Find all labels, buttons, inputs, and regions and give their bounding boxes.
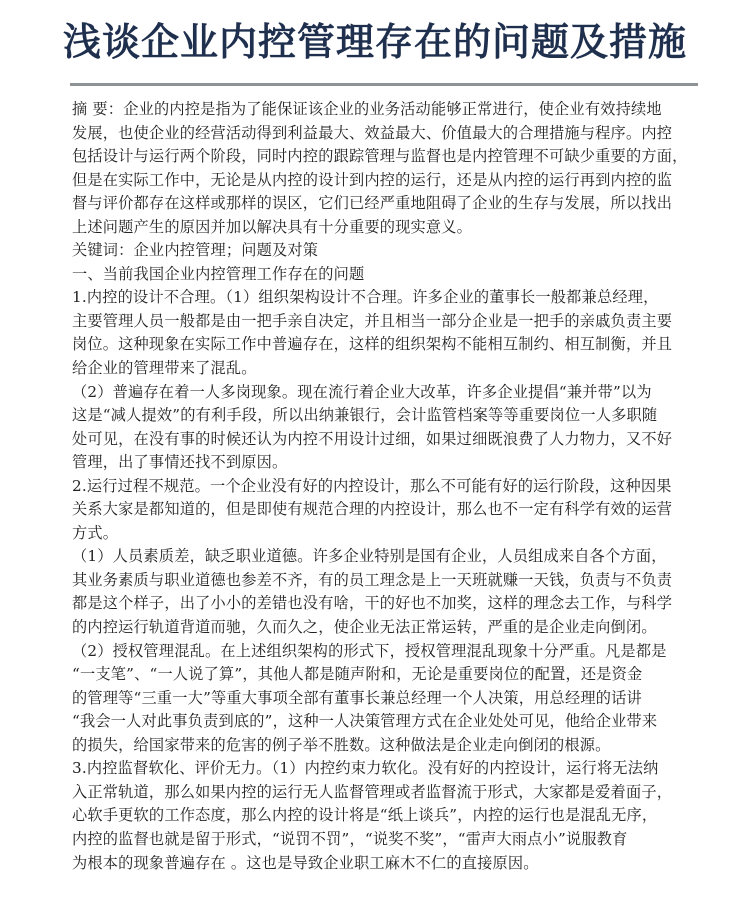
text-line: 其业务素质与职业道德也参差不齐，有的员工理念是上一天班就赚一天钱，负责与不负责 bbox=[72, 569, 708, 593]
abstract-paragraph: 摘 要：企业的内控是指为了能保证该企业的业务活动能够正常进行，使企业有效持续地 … bbox=[72, 98, 708, 239]
section-heading: 一、当前我国企业内控管理工作存在的问题 bbox=[72, 263, 708, 287]
paragraph-2-1: （1）人员素质差，缺乏职业道德。许多企业特别是国有企业，人员组成来自各个方面， … bbox=[72, 545, 708, 639]
text-line: 这是“减人提效”的有利手段，所以出纳兼银行，会计监管档案等等重要岗位一人多职随 bbox=[72, 404, 708, 428]
paragraph-2-2: （2）授权管理混乱。在上述组织架构的形式下，授权管理混乱现象十分严重。凡是都是 … bbox=[72, 640, 708, 758]
text-line: 为根本的现象普遍存在 。这也是导致企业职工麻木不仁的直接原因。 bbox=[72, 852, 708, 876]
document-title: 浅谈企业内控管理存在的问题及措施 bbox=[0, 14, 750, 70]
paragraph-1: 1.内控的设计不合理。（1）组织架构设计不合理。许多企业的董事长一般都兼总经理，… bbox=[72, 286, 708, 380]
text-line: 摘 要：企业的内控是指为了能保证该企业的业务活动能够正常进行，使企业有效持续地 bbox=[72, 98, 708, 122]
text-line: 主要管理人员一般都是由一把手亲自决定，并且相当一部分企业是一把手的亲戚负责主要 bbox=[72, 310, 708, 334]
document-page: 浅谈企业内控管理存在的问题及措施 摘 要：企业的内控是指为了能保证该企业的业务活… bbox=[0, 0, 750, 902]
text-line: 的管理等“三重一大”等重大事项全部有董事长兼总经理一个人决策，用总经理的话讲 bbox=[72, 687, 708, 711]
text-line: （1）人员素质差，缺乏职业道德。许多企业特别是国有企业，人员组成来自各个方面， bbox=[72, 545, 708, 569]
text-line: 但是在实际工作中，无论是从内控的设计到内控的运行，还是从内控的运行再到内控的监 bbox=[72, 169, 708, 193]
text-line: “我会一人对此事负责到底的”，这种一人决策管理方式在企业处处可见，他给企业带来 bbox=[72, 710, 708, 734]
paragraph-2: 2.运行过程不规范。一个企业没有好的内控设计，那么不可能有好的运行阶段，这种因果… bbox=[72, 475, 708, 546]
title-divider bbox=[70, 83, 698, 86]
paragraph-3: 3.内控监督软化、评价无力。（1）内控约束力软化。没有好的内控设计，运行将无法纳… bbox=[72, 757, 708, 875]
text-line: “一支笔”、“一人说了算”，其他人都是随声附和，无论是重要岗位的配置，还是资金 bbox=[72, 663, 708, 687]
text-line: 心软手更软的工作态度，那么内控的设计将是“纸上谈兵”，内控的运行也是混乱无序， bbox=[72, 804, 708, 828]
text-line: 的内控运行轨道背道而驰，久而久之，使企业无法正常运转，严重的是企业走向倒闭。 bbox=[72, 616, 708, 640]
text-line: 都是这个样子，出了小小的差错也没有啥，干的好也不加奖，这样的理念去工作，与科学 bbox=[72, 592, 708, 616]
text-line: 岗位。这种现象在实际工作中普遍存在，这样的组织架构不能相互制约、相互制衡，并且 bbox=[72, 333, 708, 357]
text-line: 2.运行过程不规范。一个企业没有好的内控设计，那么不可能有好的运行阶段，这种因果 bbox=[72, 475, 708, 499]
text-line: 上述问题产生的原因并加以解决具有十分重要的现实意义。 bbox=[72, 216, 708, 240]
text-line: （2）授权管理混乱。在上述组织架构的形式下，授权管理混乱现象十分严重。凡是都是 bbox=[72, 640, 708, 664]
text-line: （2）普遍存在着一人多岗现象。现在流行着企业大改革，许多企业提倡“兼并带”以为 bbox=[72, 381, 708, 405]
text-line: 方式。 bbox=[72, 522, 708, 546]
text-line: 处可见，在没有事的时候还认为内控不用设计过细，如果过细既浪费了人力物力，又不好 bbox=[72, 428, 708, 452]
text-line: 给企业的管理带来了混乱。 bbox=[72, 357, 708, 381]
paragraph-1-2: （2）普遍存在着一人多岗现象。现在流行着企业大改革，许多企业提倡“兼并带”以为 … bbox=[72, 381, 708, 475]
text-line: 的损失，给国家带来的危害的例子举不胜数。这种做法是企业走向倒闭的根源。 bbox=[72, 734, 708, 758]
text-line: 入正常轨道，那么如果内控的运行无人监督管理或者监督流于形式，大家都是爱着面子， bbox=[72, 781, 708, 805]
keywords-line: 关键词：企业内控管理；问题及对策 bbox=[72, 239, 708, 263]
document-body: 摘 要：企业的内控是指为了能保证该企业的业务活动能够正常进行，使企业有效持续地 … bbox=[72, 98, 708, 875]
text-line: 关系大家是都知道的，但是即使有规范合理的内控设计，那么也不一定有科学有效的运营 bbox=[72, 498, 708, 522]
text-line: 包括设计与运行两个阶段，同时内控的跟踪管理与监督也是内控管理不可缺少重要的方面， bbox=[72, 145, 708, 169]
text-line: 1.内控的设计不合理。（1）组织架构设计不合理。许多企业的董事长一般都兼总经理， bbox=[72, 286, 708, 310]
text-line: 发展，也使企业的经营活动得到利益最大、效益最大、价值最大的合理措施与程序。内控 bbox=[72, 122, 708, 146]
text-line: 关键词：企业内控管理；问题及对策 bbox=[72, 239, 708, 263]
text-line: 一、当前我国企业内控管理工作存在的问题 bbox=[72, 263, 708, 287]
text-line: 内控的监督也就是留于形式，“说罚不罚”，“说奖不奖”，“雷声大雨点小”说服教育 bbox=[72, 828, 708, 852]
text-line: 3.内控监督软化、评价无力。（1）内控约束力软化。没有好的内控设计，运行将无法纳 bbox=[72, 757, 708, 781]
text-line: 管理，出了事情还找不到原因。 bbox=[72, 451, 708, 475]
text-line: 督与评价都存在这样或那样的误区，它们已经严重地阻碍了企业的生存与发展，所以找出 bbox=[72, 192, 708, 216]
